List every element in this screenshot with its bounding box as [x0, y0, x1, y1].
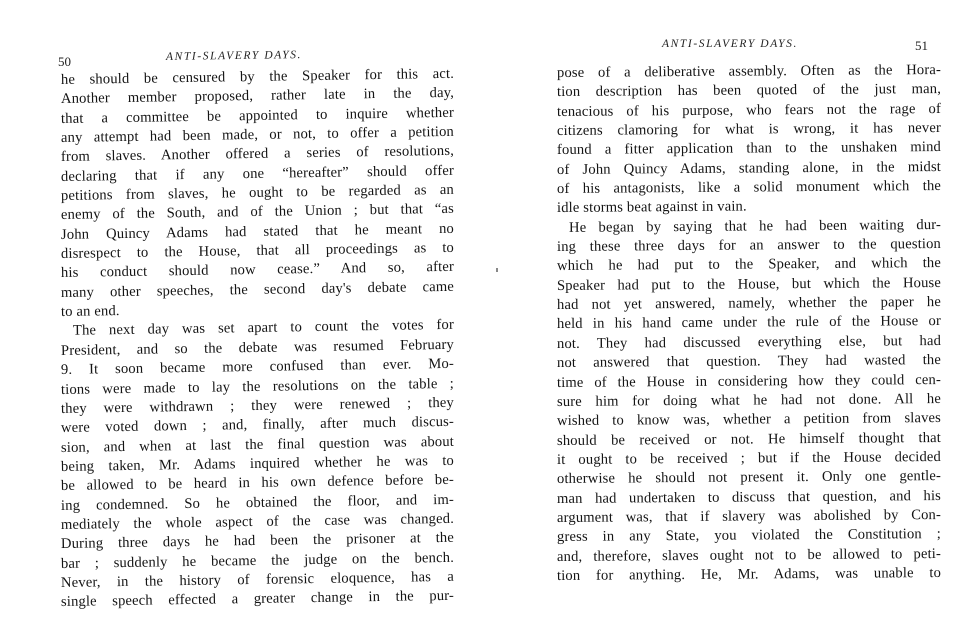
text-line: idle storms beat against in vain.: [557, 196, 941, 218]
body-text: pose of a deliberative assembly. Often a…: [557, 64, 941, 586]
page-number: 50: [58, 54, 71, 70]
running-head: ANTI-SLAVERY DAYS.: [662, 38, 798, 50]
left-page: 50 ANTI-SLAVERY DAYS. he should be censu…: [0, 0, 490, 631]
text-line: tion description has been quoted of the …: [557, 80, 941, 102]
page-number: 51: [915, 38, 928, 54]
text-line: otherwise he should not present it. Only…: [557, 467, 941, 489]
text-line: wished to know was, whether a petition f…: [557, 409, 941, 431]
text-line: not answered that question. They had was…: [557, 351, 941, 373]
right-page: ANTI-SLAVERY DAYS. 51 pose of a delibera…: [490, 0, 980, 631]
body-text: he should be censured by the Speaker for…: [61, 71, 454, 613]
running-head: ANTI-SLAVERY DAYS.: [166, 49, 302, 63]
text-line: found a fitter application than to the u…: [557, 138, 941, 160]
text-line: tion for anything. He, Mr. Adams, was un…: [557, 564, 941, 586]
text-line: gress in any State, you violated the Con…: [557, 525, 941, 547]
text-line: which he had put to the Speaker, and whi…: [557, 254, 941, 276]
